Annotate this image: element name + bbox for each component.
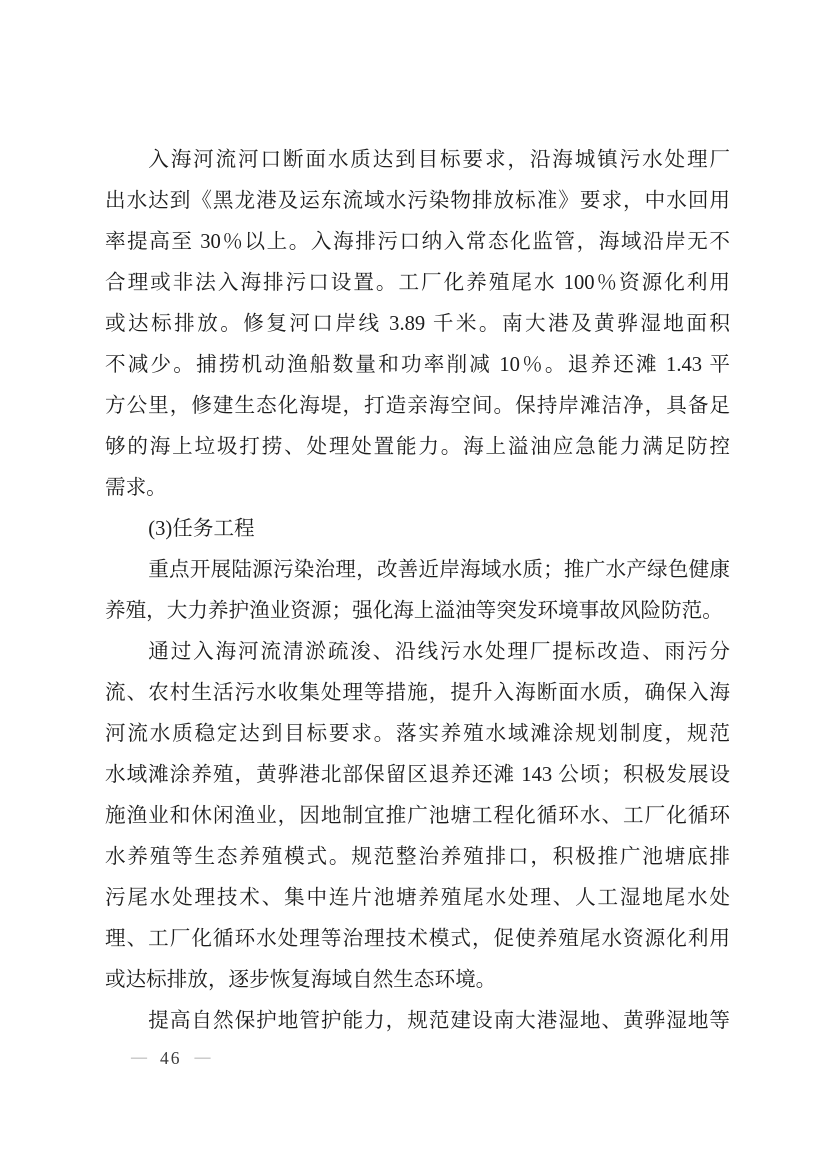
text-line: 流、农村生活污水收集处理等措施，提升入海断面水质，确保入海 [105, 673, 730, 714]
text-line: 或达标排放，逐步恢复海域自然生态环境。 [105, 960, 730, 1001]
footer-dash-left: — [131, 1049, 147, 1067]
body-text: 入海河流河口断面水质达到目标要求，沿海城镇污水处理厂出水达到《黑龙港及运东流域水… [105, 140, 730, 1042]
page-footer: — 46 — [131, 1046, 211, 1070]
text-line: (3)任务工程 [105, 509, 730, 550]
text-line: 出水达到《黑龙港及运东流域水污染物排放标准》要求，中水回用 [105, 181, 730, 222]
text-line: 够的海上垃圾打捞、处理处置能力。海上溢油应急能力满足防控 [105, 427, 730, 468]
page-number: 46 [160, 1048, 182, 1069]
text-line: 水域滩涂养殖，黄骅港北部保留区退养还滩 143 公顷；积极发展设 [105, 755, 730, 796]
text-line: 提高自然保护地管护能力，规范建设南大港湿地、黄骅湿地等 [105, 1001, 730, 1042]
text-line: 污尾水处理技术、集中连片池塘养殖尾水处理、人工湿地尾水处 [105, 878, 730, 919]
text-line: 河流水质稳定达到目标要求。落实养殖水域滩涂规划制度，规范 [105, 714, 730, 755]
text-line: 合理或非法入海排污口设置。工厂化养殖尾水 100％资源化利用 [105, 263, 730, 304]
text-line: 或达标排放。修复河口岸线 3.89 千米。南大港及黄骅湿地面积 [105, 304, 730, 345]
text-line: 需求。 [105, 468, 730, 509]
document-page: 入海河流河口断面水质达到目标要求，沿海城镇污水处理厂出水达到《黑龙港及运东流域水… [0, 0, 827, 1169]
footer-dash-right: — [195, 1049, 211, 1067]
text-line: 方公里，修建生态化海堤，打造亲海空间。保持岸滩洁净，具备足 [105, 386, 730, 427]
text-line: 理、工厂化循环水处理等治理技术模式，促使养殖尾水资源化利用 [105, 919, 730, 960]
text-line: 养殖，大力养护渔业资源；强化海上溢油等突发环境事故风险防范。 [105, 591, 730, 632]
text-line: 不减少。捕捞机动渔船数量和功率削减 10％。退养还滩 1.43 平 [105, 345, 730, 386]
text-line: 通过入海河流清淤疏浚、沿线污水处理厂提标改造、雨污分 [105, 632, 730, 673]
text-line: 率提高至 30％以上。入海排污口纳入常态化监管，海域沿岸无不 [105, 222, 730, 263]
text-line: 水养殖等生态养殖模式。规范整治养殖排口，积极推广池塘底排 [105, 837, 730, 878]
text-line: 重点开展陆源污染治理，改善近岸海域水质；推广水产绿色健康 [105, 550, 730, 591]
text-line: 入海河流河口断面水质达到目标要求，沿海城镇污水处理厂 [105, 140, 730, 181]
text-line: 施渔业和休闲渔业，因地制宜推广池塘工程化循环水、工厂化循环 [105, 796, 730, 837]
